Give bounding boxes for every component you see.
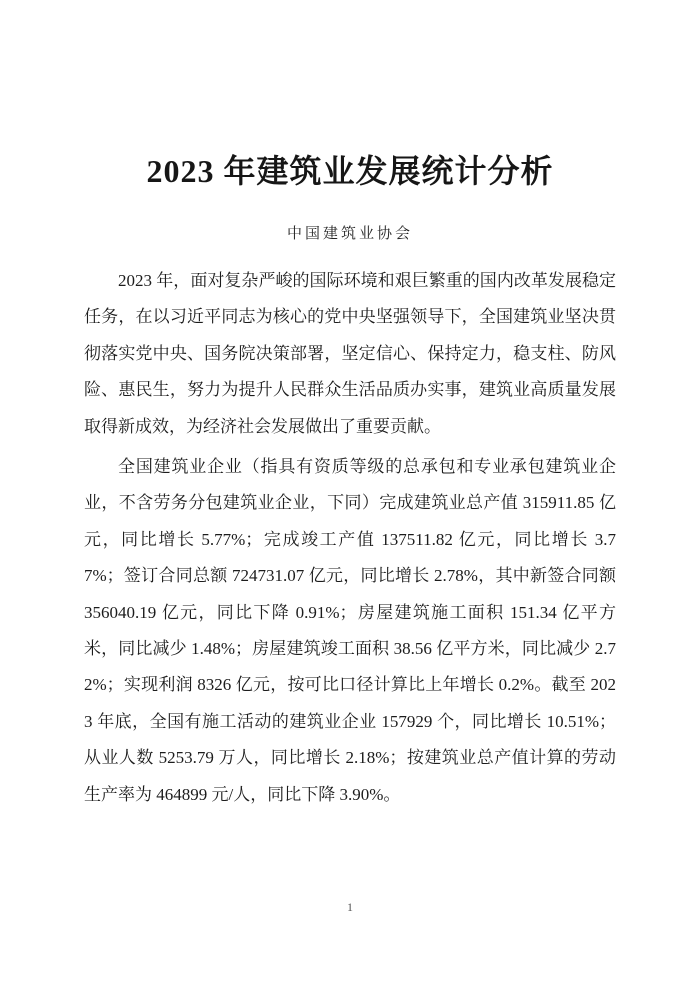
document-page: 2023 年建筑业发展统计分析 中国建筑业协会 2023 年，面对复杂严峻的国际… xyxy=(0,0,700,990)
document-body: 2023 年，面对复杂严峻的国际环境和艰巨繁重的国内改革发展稳定任务，在以习近平… xyxy=(84,263,616,813)
document-subtitle: 中国建筑业协会 xyxy=(0,222,700,243)
document-title: 2023 年建筑业发展统计分析 xyxy=(0,0,700,192)
body-paragraph-intro: 2023 年，面对复杂严峻的国际环境和艰巨繁重的国内改革发展稳定任务，在以习近平… xyxy=(84,263,616,445)
body-paragraph-statistics: 全国建筑业企业（指具有资质等级的总承包和专业承包建筑业企业，不含劳务分包建筑业企… xyxy=(84,449,616,813)
page-number: 1 xyxy=(0,900,700,915)
